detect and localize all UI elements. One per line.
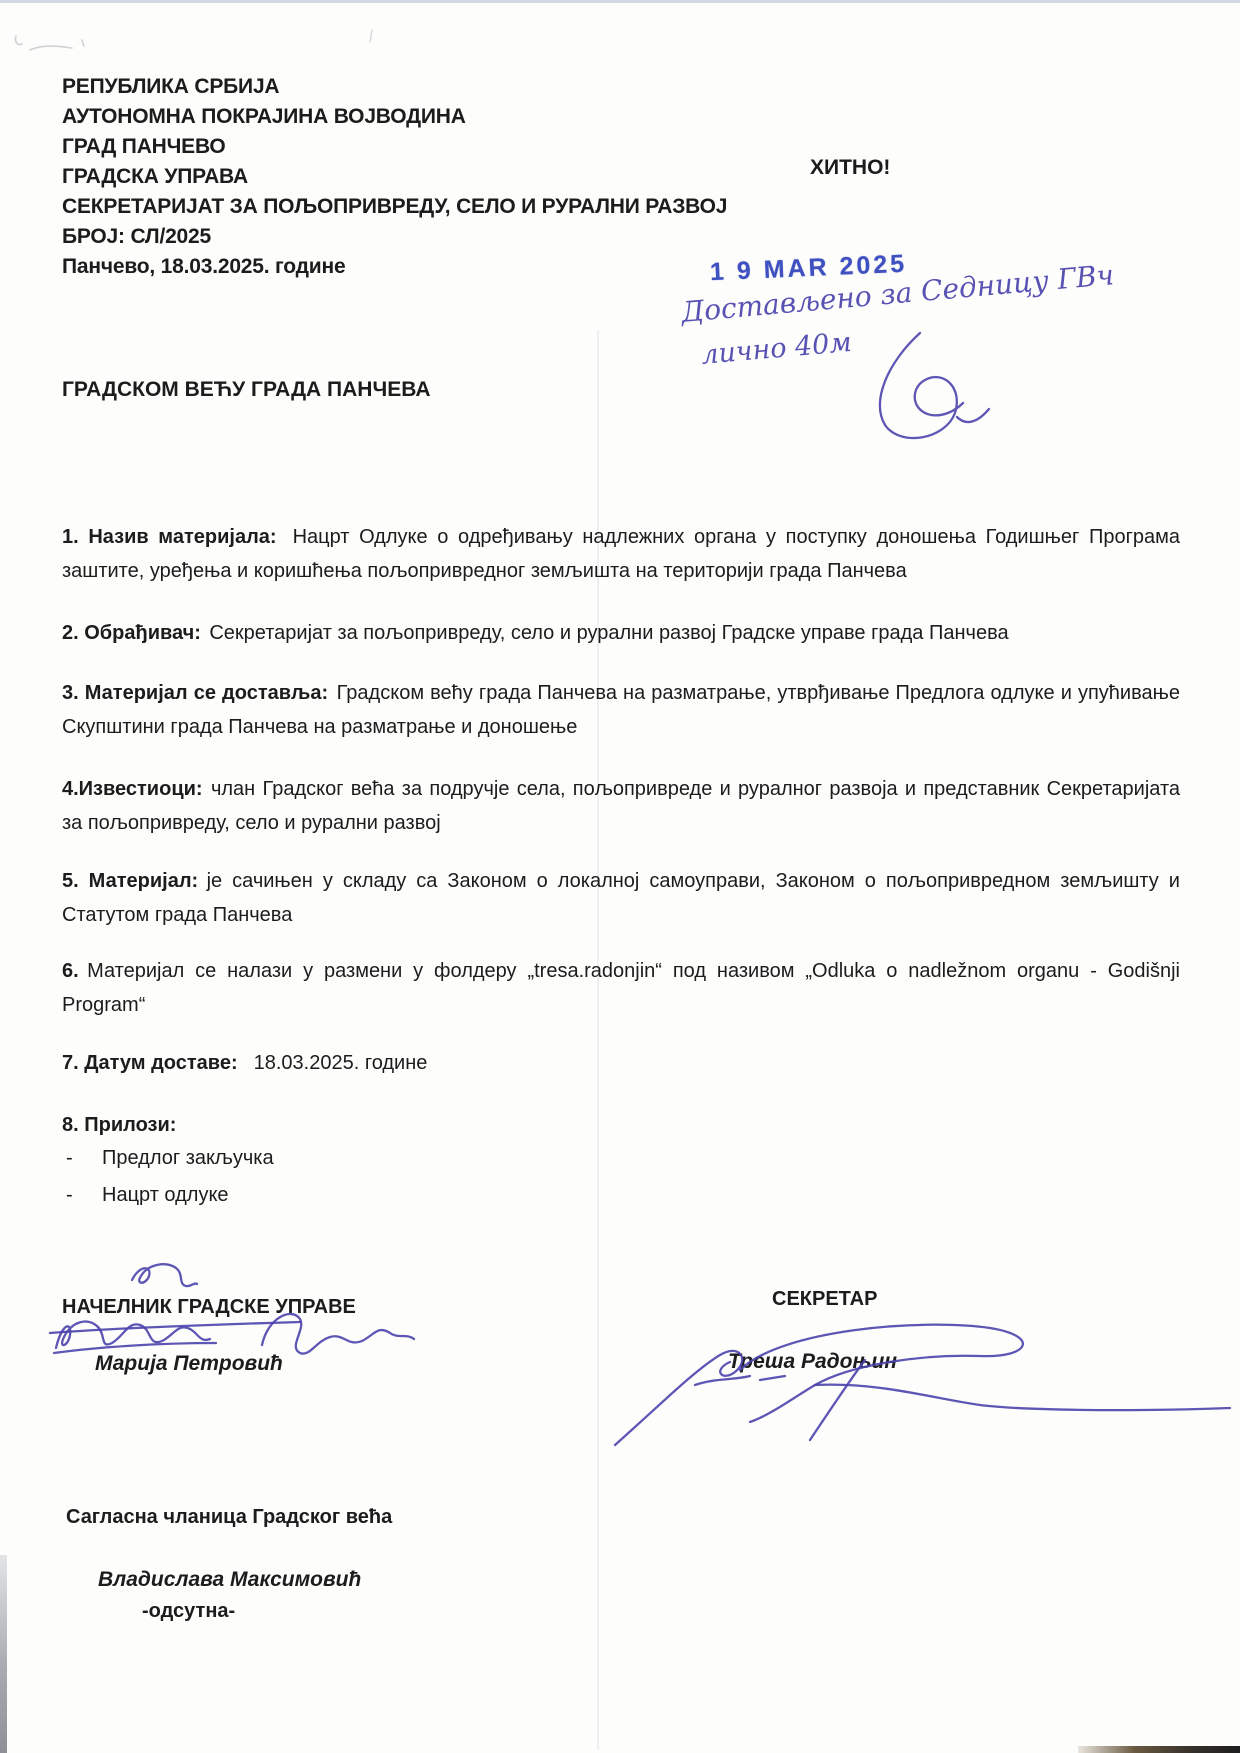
item-label: 6. <box>62 960 79 982</box>
recipient-heading: ГРАДСКОМ ВЕЋУ ГРАДА ПАНЧЕВА <box>62 378 431 402</box>
item-7-delivery-date: 7. Датум доставе:18.03.2025. године <box>62 1046 1180 1080</box>
scanned-document-page: РЕПУБЛИКА СРБИЈА АУТОНОМНА ПОКРАЈИНА ВОЈ… <box>0 0 1240 1753</box>
attachment-text: Предлог закључка <box>102 1140 274 1177</box>
item-2-author: 2. Обрађивач:Секретаријат за пољопривред… <box>62 616 1180 650</box>
item-5-legal-basis: 5. Материјал:је сачињен у складу са Зако… <box>62 864 1180 932</box>
urgent-label: ХИТНО! <box>810 156 890 180</box>
item-label: 3. Материјал се доставља: <box>62 682 328 704</box>
bullet-dash: - <box>62 1177 102 1214</box>
item-label: 1. Назив материјала: <box>62 526 277 548</box>
item-label: 7. Датум доставе: <box>62 1052 238 1074</box>
attachment-row: - Предлог закључка <box>62 1140 274 1177</box>
scan-left-edge <box>0 1555 7 1753</box>
item-text: 18.03.2025. године <box>254 1052 428 1074</box>
item-6-folder-location: 6.Материјал се налази у размени у фолдер… <box>62 954 1180 1022</box>
item-label: 4.Известиоци: <box>62 778 203 800</box>
letterhead-line: АУТОНОМНА ПОКРАЈИНА ВОЈВОДИНА <box>62 102 727 132</box>
handwritten-note-line2: лично 40м <box>700 327 853 371</box>
scan-pen-mark <box>12 28 102 58</box>
letterhead-line: РЕПУБЛИКА СРБИЈА <box>62 72 727 102</box>
item-3-delivered-to: 3. Материјал се доставља:Градском већу г… <box>62 676 1180 744</box>
item-1-material-title: 1. Назив материјала:Нацрт Одлуке о одређ… <box>62 520 1180 588</box>
item-text: Секретаријат за пољопривреду, село и рур… <box>209 622 1008 644</box>
scan-speck <box>366 28 380 50</box>
right-signatory-title: СЕКРЕТАР <box>772 1288 877 1311</box>
bullet-dash: - <box>62 1140 102 1177</box>
right-signature <box>600 1310 1240 1455</box>
attachment-row: - Нацрт одлуке <box>62 1177 274 1214</box>
item-label: 2. Обрађивач: <box>62 622 201 644</box>
item-text: члан Градског већа за подручје села, пољ… <box>62 778 1180 834</box>
document-number: БРОЈ: СЛ/2025 <box>62 222 727 252</box>
item-8-attachments: 8. Прилози: <box>62 1108 1180 1142</box>
clerk-initials-signature <box>845 325 995 455</box>
letterhead-line: ГРАД ПАНЧЕВО <box>62 132 727 162</box>
letterhead-line: ГРАДСКА УПРАВА <box>62 162 727 192</box>
paraph-squiggle <box>128 1256 200 1292</box>
attachment-text: Нацрт одлуке <box>102 1177 229 1214</box>
consent-member-name: Владислава Максимовић <box>98 1568 361 1592</box>
scan-top-edge <box>0 0 1240 3</box>
consent-member-status: -одсутна- <box>142 1600 235 1623</box>
item-text: Материјал се налази у размени у фолдеру … <box>62 960 1180 1016</box>
letterhead: РЕПУБЛИКА СРБИЈА АУТОНОМНА ПОКРАЈИНА ВОЈ… <box>62 72 727 282</box>
place-and-date: Панчево, 18.03.2025. године <box>62 252 727 282</box>
item-text: је сачињен у складу са Законом о локално… <box>62 870 1180 926</box>
item-label: 8. Прилози: <box>62 1114 176 1136</box>
left-signatory-name: Марија Петровић <box>95 1352 283 1376</box>
item-label: 5. Материјал: <box>62 870 198 892</box>
item-4-rapporteurs: 4.Известиоци:члан Градског већа за подру… <box>62 772 1180 840</box>
consent-member-title: Сагласна чланица Градског већа <box>66 1506 392 1529</box>
letterhead-line: СЕКРЕТАРИЈАТ ЗА ПОЉОПРИВРЕДУ, СЕЛО И РУР… <box>62 192 727 222</box>
attachments-list: - Предлог закључка - Нацрт одлуке <box>62 1140 274 1214</box>
scan-corner-smudge <box>1078 1746 1240 1753</box>
